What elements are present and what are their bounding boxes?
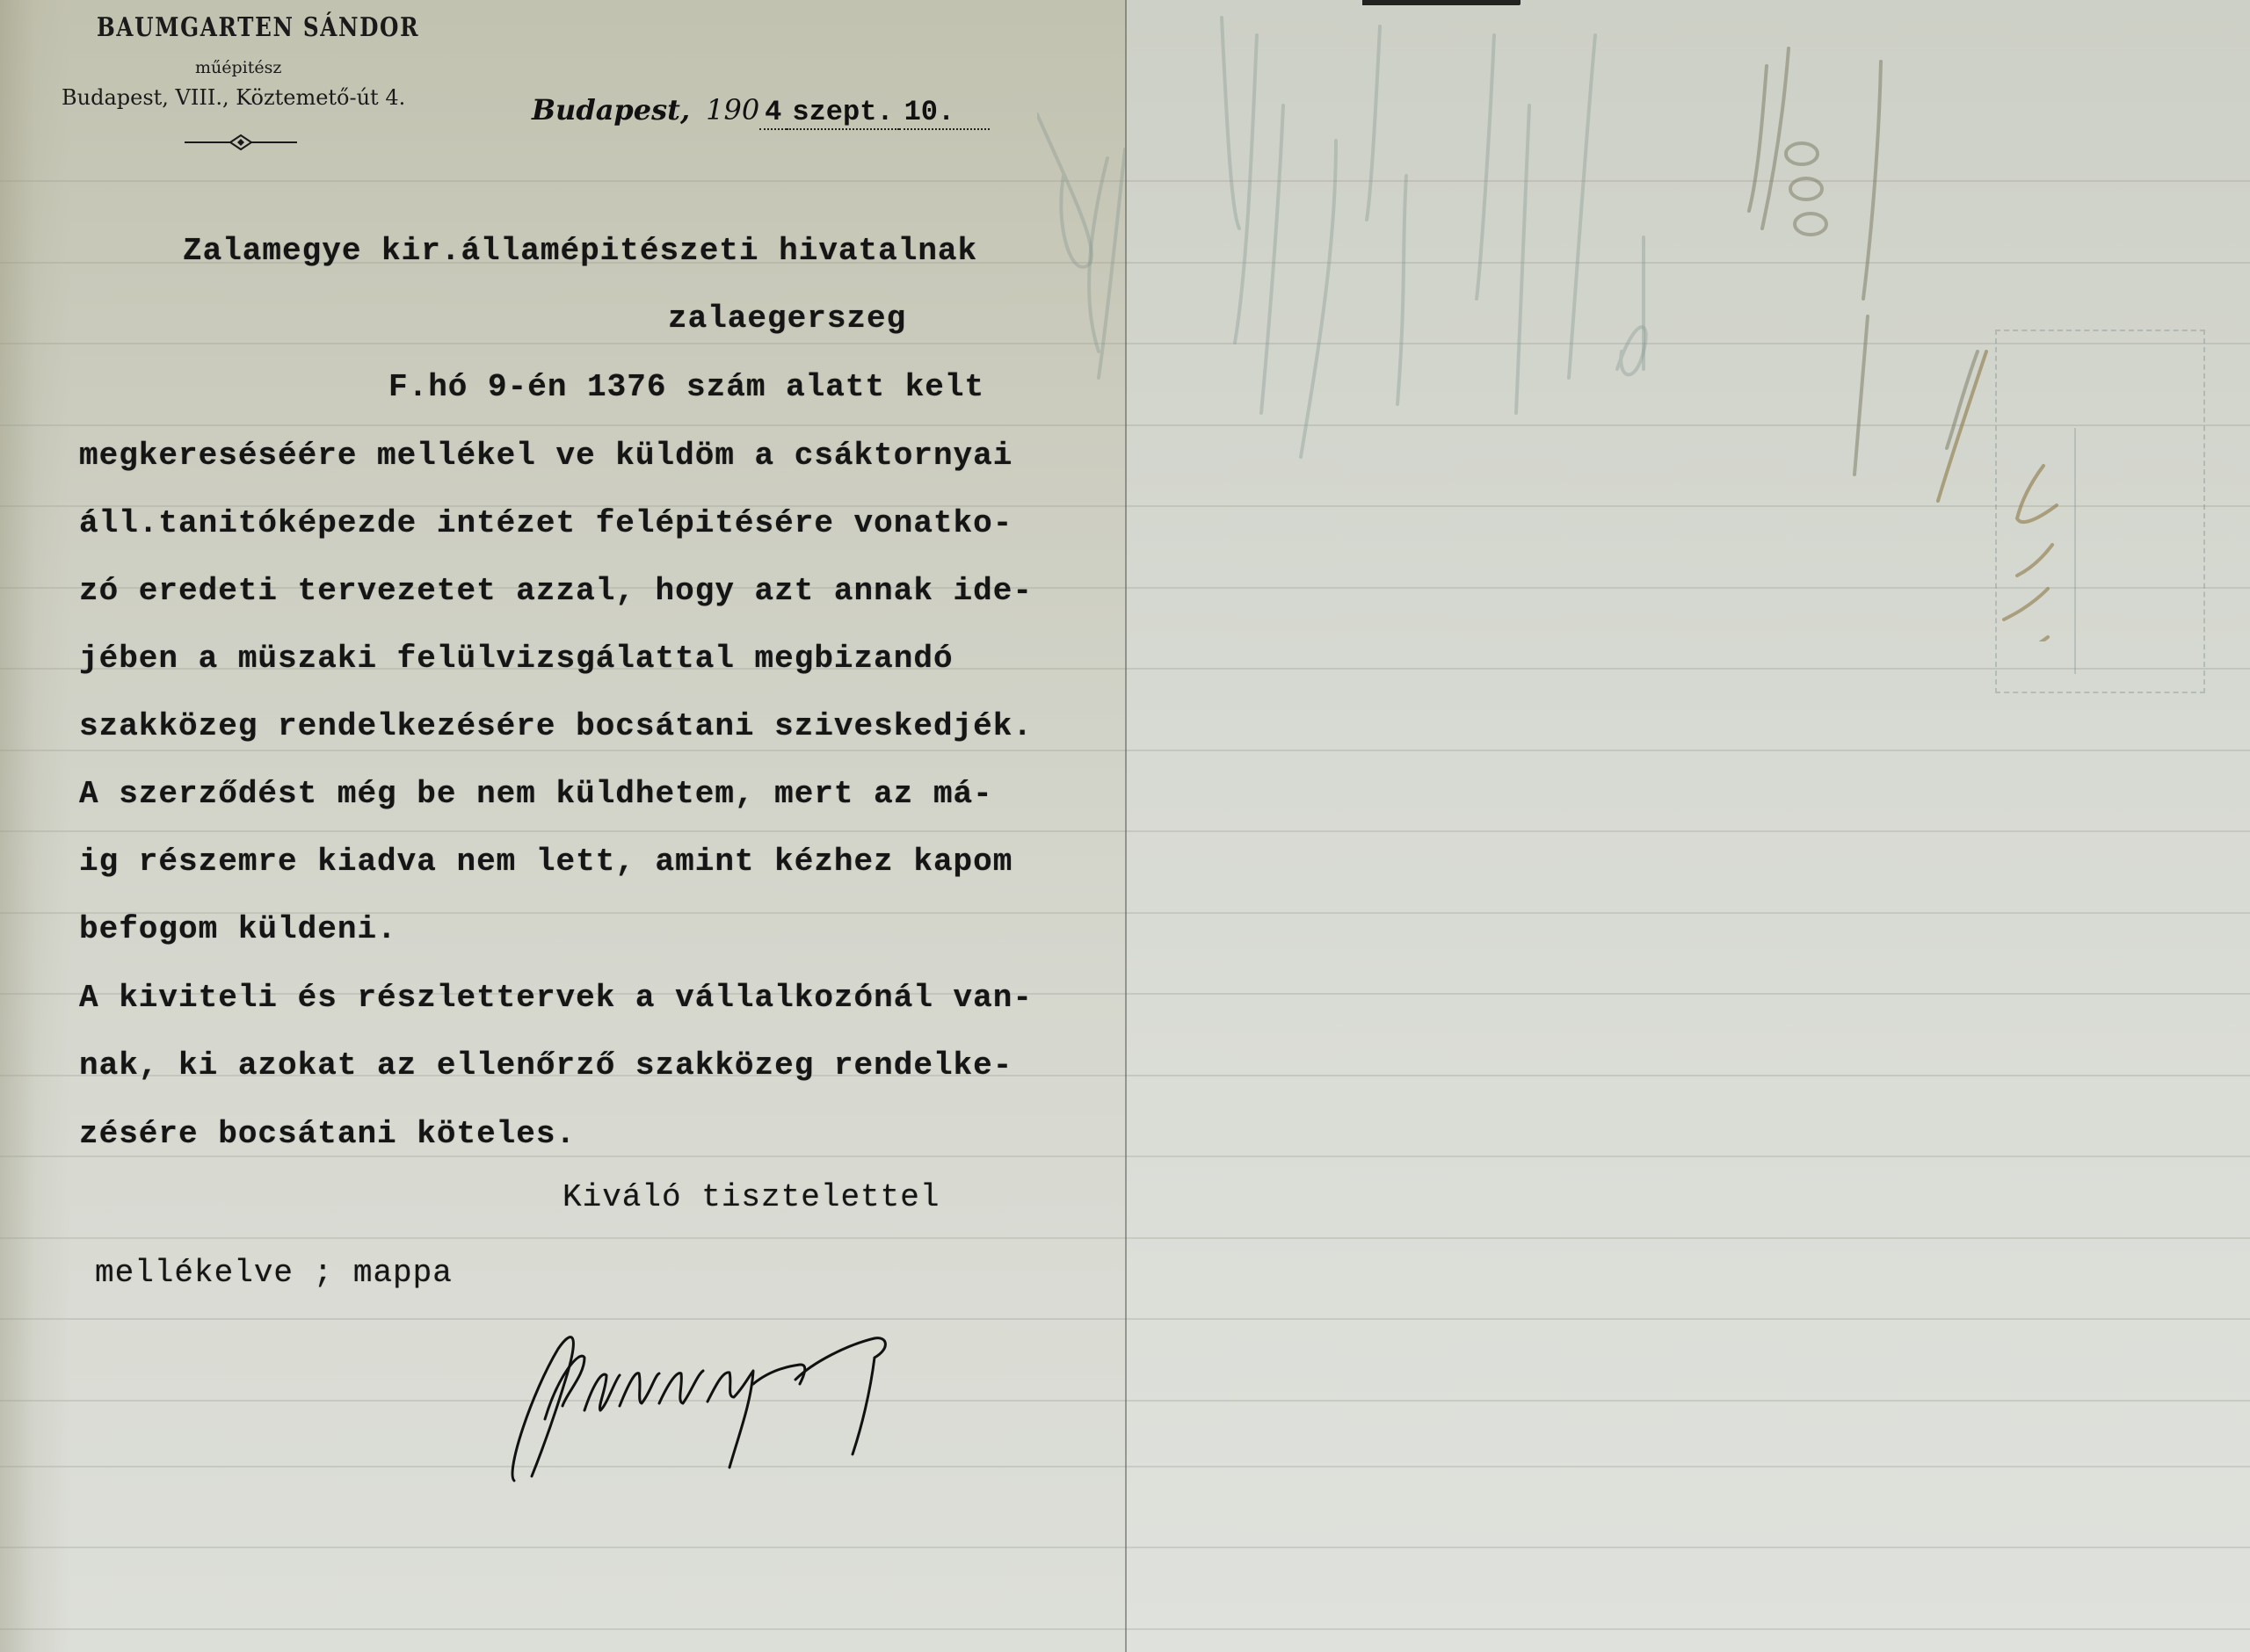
body-line: befogom küldeni.	[79, 911, 397, 947]
body-line: szakközeg rendelkezésére bocsátani szive…	[79, 708, 1033, 744]
body-line: A szerződést még be nem küldhetem, mert …	[79, 776, 993, 812]
date-place: Budapest,	[532, 93, 690, 127]
body-line: ig részemre kiadva nem lett, amint kézhe…	[79, 844, 1012, 880]
body-line: megkereséséére mellékel ve küldöm a csák…	[79, 438, 1012, 474]
date-month: szept.	[787, 96, 898, 130]
date-year-digit: 4	[759, 96, 787, 130]
letterhead-name: BAUMGARTEN SÁNDOR	[97, 12, 419, 43]
recipient-line-2: zalaegerszeg	[668, 301, 906, 337]
body-line: jében a müszaki felülvizsgálattal megbiz…	[79, 641, 954, 677]
letterhead-title: műépitész	[195, 58, 281, 77]
brown-ink-mark	[1934, 334, 2109, 641]
signature-icon	[497, 1322, 1059, 1489]
body-line: áll.tanitóképezde intézet felépitésére v…	[79, 505, 1012, 541]
date-day: 10.	[899, 96, 991, 130]
body-line: F.hó 9-én 1376 szám alatt kelt	[388, 369, 984, 405]
body-line: A kiviteli és részlettervek a vállalkozó…	[79, 980, 1033, 1016]
ornament-divider-icon	[185, 134, 297, 151]
closing: Kiváló tisztelettel	[562, 1179, 940, 1215]
body-line: zésére bocsátani köteles.	[79, 1116, 576, 1152]
enclosure-note: mellékelve ; mappa	[95, 1255, 453, 1291]
letterhead-address: Budapest, VIII., Köztemető-út 4.	[62, 85, 405, 110]
document-page: BAUMGARTEN SÁNDOR műépitész Budapest, VI…	[0, 0, 2250, 1652]
body-line: nak, ki azokat az ellenőrző szakközeg re…	[79, 1047, 1012, 1083]
date-line: Budapest, 1904szept.10.	[532, 93, 990, 128]
body-line: zó eredeti tervezetet azzal, hogy azt an…	[79, 573, 1033, 609]
recipient-line-1: Zalamegye kir.államépitészeti hivatalnak	[183, 233, 977, 269]
date-year-prefix: 190	[706, 93, 759, 127]
